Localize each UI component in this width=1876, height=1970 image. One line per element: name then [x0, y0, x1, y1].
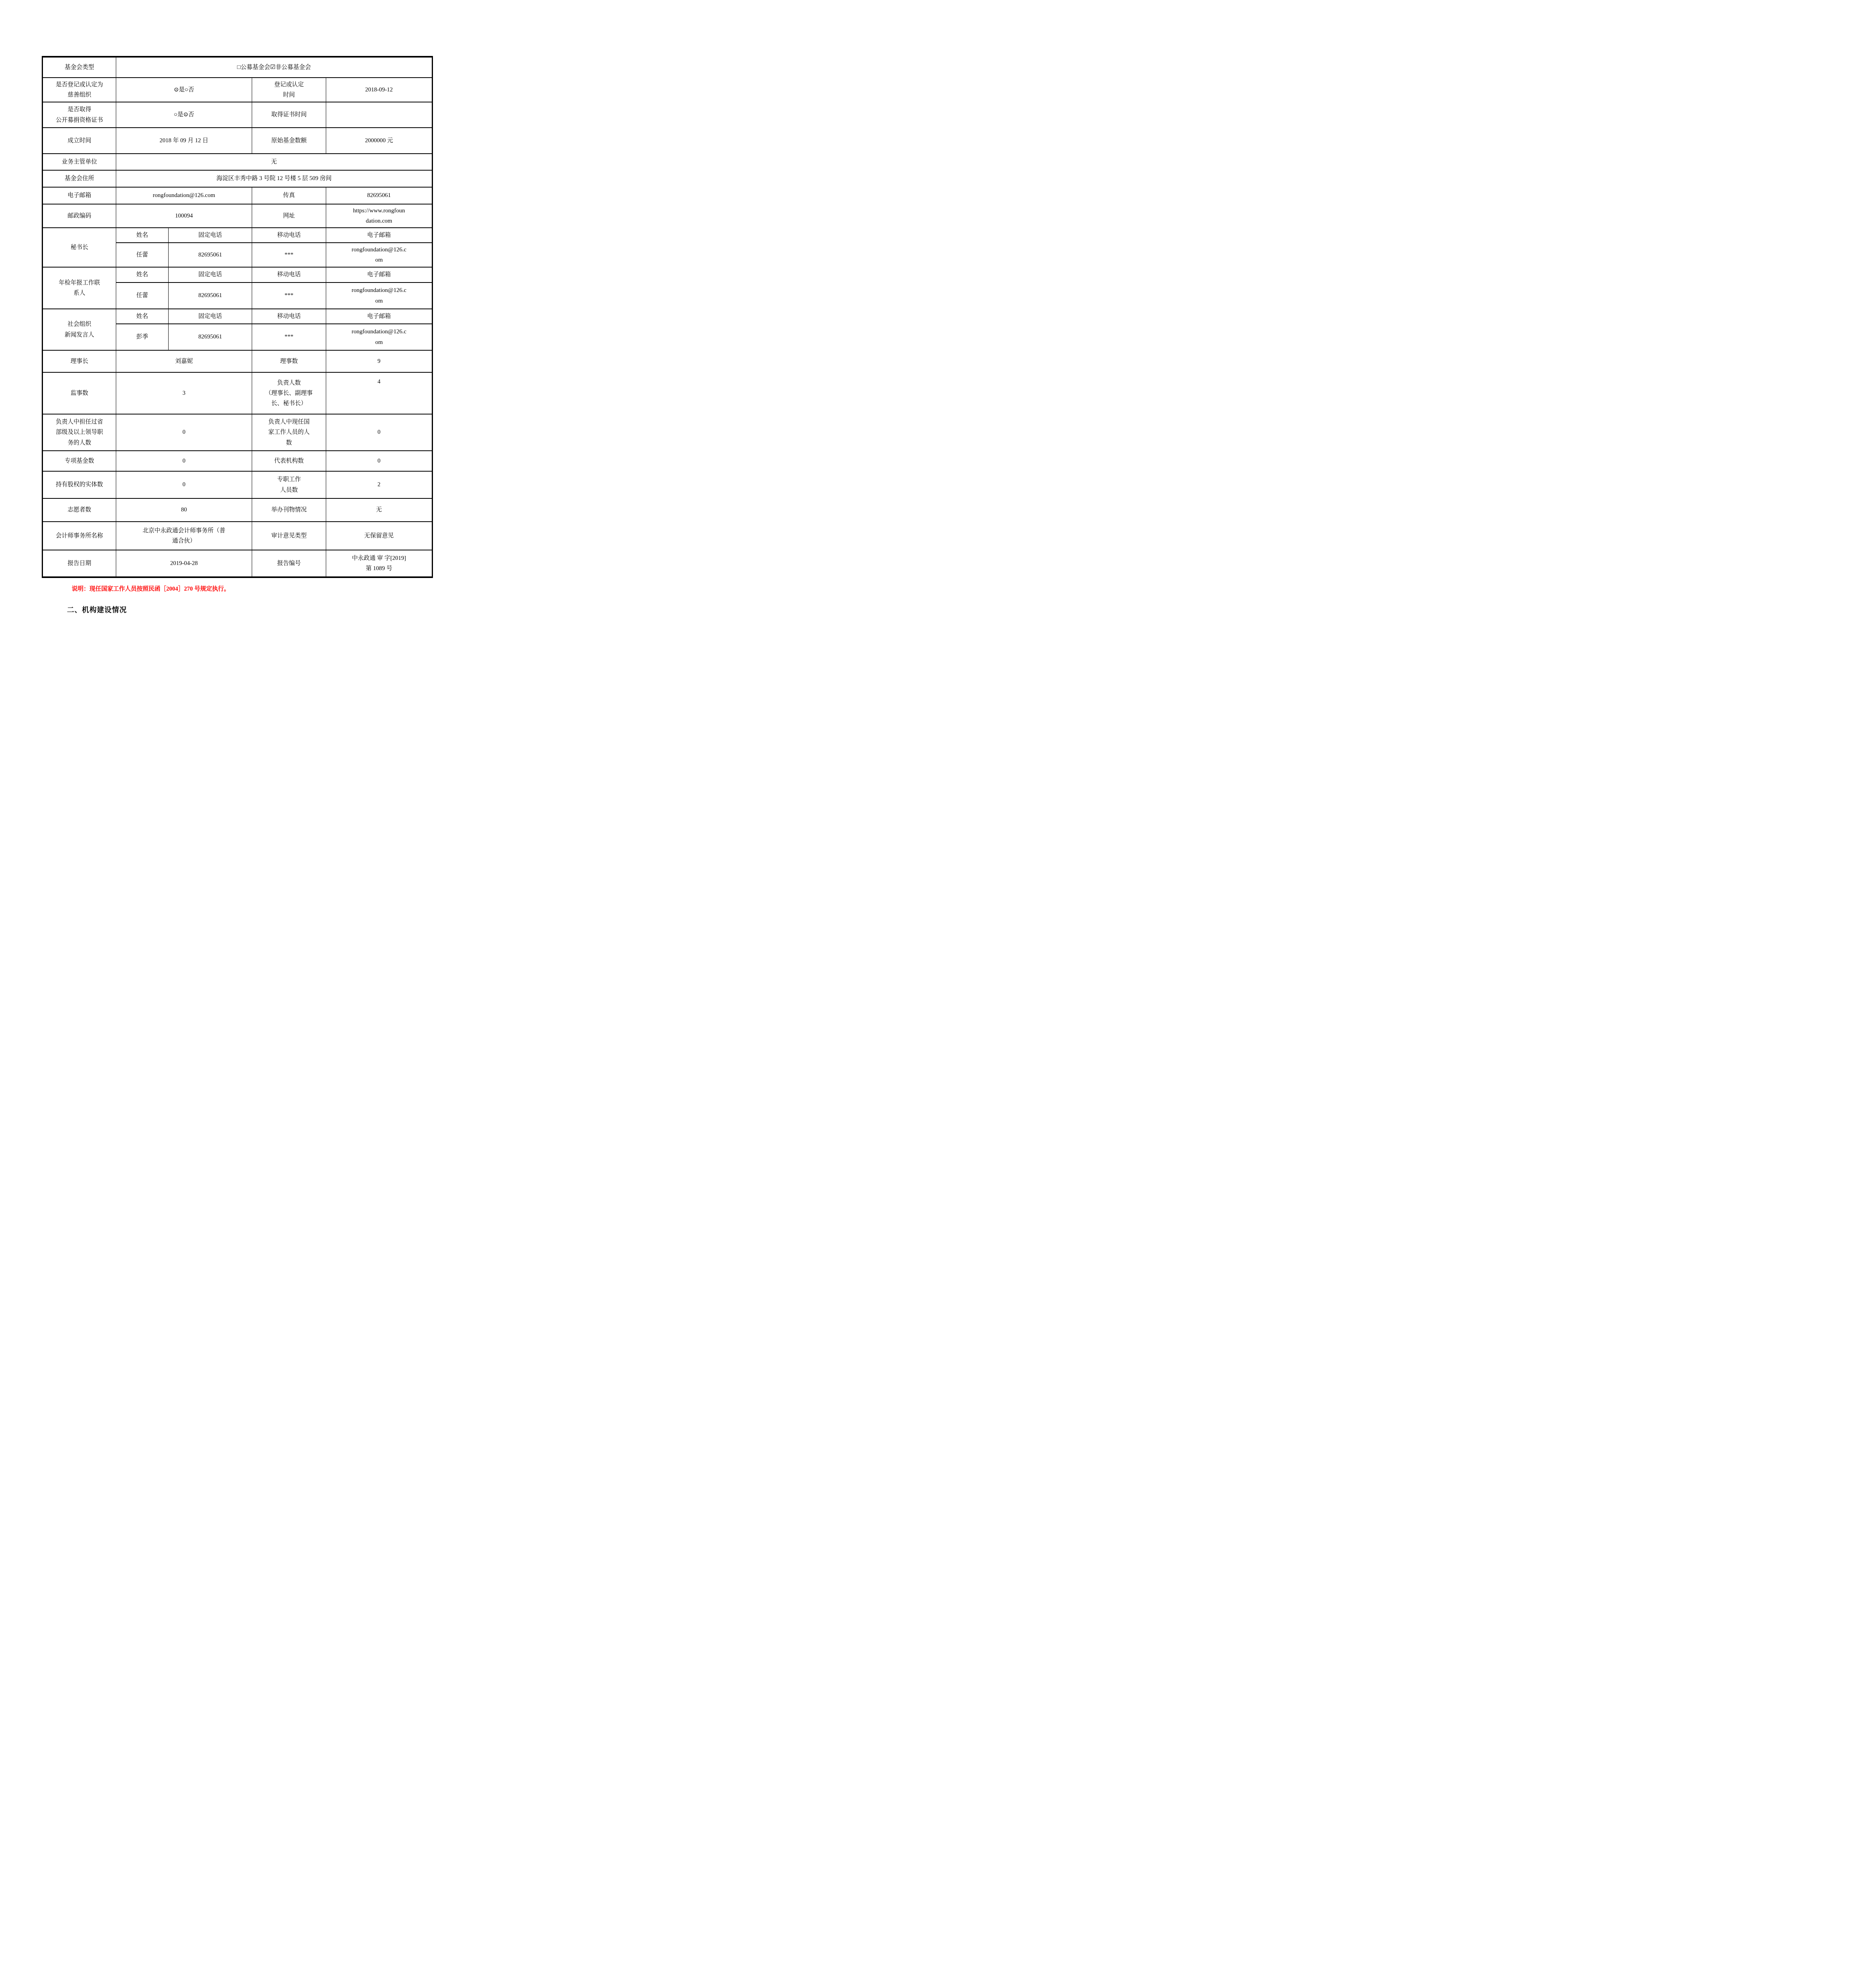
establishment-value: 2018 年 09 月 12 日 — [116, 128, 252, 154]
secretary-email-header: 电子邮箱 — [326, 228, 433, 243]
row-chairman: 理事长 刘嘉妮 理事数 9 — [43, 350, 433, 372]
annual-contact-label: 年检年报工作联 系人 — [43, 267, 116, 309]
supervisory-unit-label: 业务主管单位 — [43, 154, 116, 170]
foundation-type-label: 基金会类型 — [43, 57, 116, 78]
note-text: 说明：现任国家工作人员按照民函［2004］270 号规定执行。 — [72, 584, 469, 593]
original-fund-value: 2000000 元 — [326, 128, 433, 154]
registration-time-label: 登记或认定 时间 — [252, 78, 326, 102]
volunteers-count-value: 80 — [116, 498, 252, 522]
accounting-firm-label: 会计师事务所名称 — [43, 522, 116, 550]
row-foundation-type: 基金会类型 □公募基金会☑非公募基金会 — [43, 57, 433, 78]
report-date-value: 2019-04-28 — [116, 550, 252, 577]
report-number-label: 报告编号 — [252, 550, 326, 577]
current-officials-value: 0 — [326, 414, 433, 451]
row-address: 基金会住所 海淀区丰秀中路 3 号院 12 号楼 5 层 509 房间 — [43, 170, 433, 187]
foundation-type-value: □公募基金会☑非公募基金会 — [116, 57, 433, 78]
spokesperson-name-header: 姓名 — [116, 309, 169, 324]
spokesperson-landline-header: 固定电话 — [169, 309, 252, 324]
section-heading: 二、机构建设情况 — [67, 604, 469, 615]
equity-entities-label: 持有股权的实体数 — [43, 471, 116, 498]
spokesperson-mobile-header: 移动电话 — [252, 309, 326, 324]
supervisory-unit-value: 无 — [116, 154, 433, 170]
charity-registration-label: 是否登记或认定为 慈善组织 — [43, 78, 116, 102]
email-label: 电子邮箱 — [43, 187, 116, 204]
former-officials-value: 0 — [116, 414, 252, 451]
staff-count-value: 2 — [326, 471, 433, 498]
row-accounting-firm: 会计师事务所名称 北京中永政通会计师事务所（普 通合伙） 审计意见类型 无保留意… — [43, 522, 433, 550]
officers-count-value: 4 — [326, 372, 433, 414]
foundation-info-table: 基金会类型 □公募基金会☑非公募基金会 是否登记或认定为 慈善组织 ⊙是○否 登… — [42, 56, 433, 578]
accounting-firm-value: 北京中永政通会计师事务所（普 通合伙） — [116, 522, 252, 550]
equity-entities-value: 0 — [116, 471, 252, 498]
website-label: 网址 — [252, 204, 326, 228]
annual-contact-name: 任蕾 — [116, 282, 169, 309]
volunteers-count-label: 志愿者数 — [43, 498, 116, 522]
address-value: 海淀区丰秀中路 3 号院 12 号楼 5 层 509 房间 — [116, 170, 433, 187]
secretary-name: 任蕾 — [116, 243, 169, 267]
secretary-label: 秘书长 — [43, 228, 116, 267]
cert-time-value — [326, 102, 433, 128]
secretary-landline: 82695061 — [169, 243, 252, 267]
audit-opinion-value: 无保留意见 — [326, 522, 433, 550]
website-value: https://www.rongfoun dation.com — [326, 204, 433, 228]
row-spokesperson-header: 社会组织 新闻发言人 姓名 固定电话 移动电话 电子邮箱 — [43, 309, 433, 324]
spokesperson-mobile: *** — [252, 324, 326, 350]
address-label: 基金会住所 — [43, 170, 116, 187]
annual-contact-mobile: *** — [252, 282, 326, 309]
annual-contact-name-header: 姓名 — [116, 267, 169, 282]
officers-count-label: 负责人数 （理事长、副理事 长、秘书长） — [252, 372, 326, 414]
row-charity-registration: 是否登记或认定为 慈善组织 ⊙是○否 登记或认定 时间 2018-09-12 — [43, 78, 433, 102]
rep-offices-label: 代表机构数 — [252, 451, 326, 471]
chairman-value: 刘嘉妮 — [116, 350, 252, 372]
former-officials-label: 负责人中担任过省 部级及以上领导职 务的人数 — [43, 414, 116, 451]
audit-opinion-label: 审计意见类型 — [252, 522, 326, 550]
spokesperson-landline: 82695061 — [169, 324, 252, 350]
spokesperson-email-header: 电子邮箱 — [326, 309, 433, 324]
directors-count-label: 理事数 — [252, 350, 326, 372]
row-fundraising-cert: 是否取得 公开募捐资格证书 ○是⊙否 取得证书时间 — [43, 102, 433, 128]
staff-count-label: 专职工作 人员数 — [252, 471, 326, 498]
supervisors-count-value: 3 — [116, 372, 252, 414]
postcode-value: 100094 — [116, 204, 252, 228]
row-establishment: 成立时间 2018 年 09 月 12 日 原始基金数额 2000000 元 — [43, 128, 433, 154]
supervisors-count-label: 监事数 — [43, 372, 116, 414]
fundraising-cert-value: ○是⊙否 — [116, 102, 252, 128]
fundraising-cert-label: 是否取得 公开募捐资格证书 — [43, 102, 116, 128]
row-supervisory-unit: 业务主管单位 无 — [43, 154, 433, 170]
annual-contact-landline: 82695061 — [169, 282, 252, 309]
row-secretary-header: 秘书长 姓名 固定电话 移动电话 电子邮箱 — [43, 228, 433, 243]
annual-contact-email-header: 电子邮箱 — [326, 267, 433, 282]
email-value: rongfoundation@126.com — [116, 187, 252, 204]
rep-offices-value: 0 — [326, 451, 433, 471]
directors-count-value: 9 — [326, 350, 433, 372]
postcode-label: 邮政编码 — [43, 204, 116, 228]
registration-time-value: 2018-09-12 — [326, 78, 433, 102]
row-equity: 持有股权的实体数 0 专职工作 人员数 2 — [43, 471, 433, 498]
publications-value: 无 — [326, 498, 433, 522]
row-volunteers: 志愿者数 80 举办刊物情况 无 — [43, 498, 433, 522]
publications-label: 举办刊物情况 — [252, 498, 326, 522]
secretary-mobile: *** — [252, 243, 326, 267]
row-supervisors: 监事数 3 负责人数 （理事长、副理事 长、秘书长） 4 — [43, 372, 433, 414]
fax-label: 传真 — [252, 187, 326, 204]
report-date-label: 报告日期 — [43, 550, 116, 577]
secretary-name-header: 姓名 — [116, 228, 169, 243]
annual-contact-email: rongfoundation@126.c om — [326, 282, 433, 309]
row-email-fax: 电子邮箱 rongfoundation@126.com 传真 82695061 — [43, 187, 433, 204]
secretary-email: rongfoundation@126.c om — [326, 243, 433, 267]
secretary-mobile-header: 移动电话 — [252, 228, 326, 243]
original-fund-label: 原始基金数额 — [252, 128, 326, 154]
cert-time-label: 取得证书时间 — [252, 102, 326, 128]
annual-contact-mobile-header: 移动电话 — [252, 267, 326, 282]
row-report: 报告日期 2019-04-28 报告编号 中永政通 审 字[2019] 第 10… — [43, 550, 433, 577]
charity-registration-value: ⊙是○否 — [116, 78, 252, 102]
chairman-label: 理事长 — [43, 350, 116, 372]
secretary-landline-header: 固定电话 — [169, 228, 252, 243]
special-funds-label: 专项基金数 — [43, 451, 116, 471]
row-annual-contact-header: 年检年报工作联 系人 姓名 固定电话 移动电话 电子邮箱 — [43, 267, 433, 282]
row-special-funds: 专项基金数 0 代表机构数 0 — [43, 451, 433, 471]
row-postcode-website: 邮政编码 100094 网址 https://www.rongfoun dati… — [43, 204, 433, 228]
current-officials-label: 负责人中现任国 家工作人员的人 数 — [252, 414, 326, 451]
spokesperson-email: rongfoundation@126.c om — [326, 324, 433, 350]
report-number-value: 中永政通 审 字[2019] 第 1089 号 — [326, 550, 433, 577]
spokesperson-name: 彭季 — [116, 324, 169, 350]
annual-contact-landline-header: 固定电话 — [169, 267, 252, 282]
establishment-label: 成立时间 — [43, 128, 116, 154]
special-funds-value: 0 — [116, 451, 252, 471]
fax-value: 82695061 — [326, 187, 433, 204]
row-officials: 负责人中担任过省 部级及以上领导职 务的人数 0 负责人中现任国 家工作人员的人… — [43, 414, 433, 451]
spokesperson-label: 社会组织 新闻发言人 — [43, 309, 116, 350]
